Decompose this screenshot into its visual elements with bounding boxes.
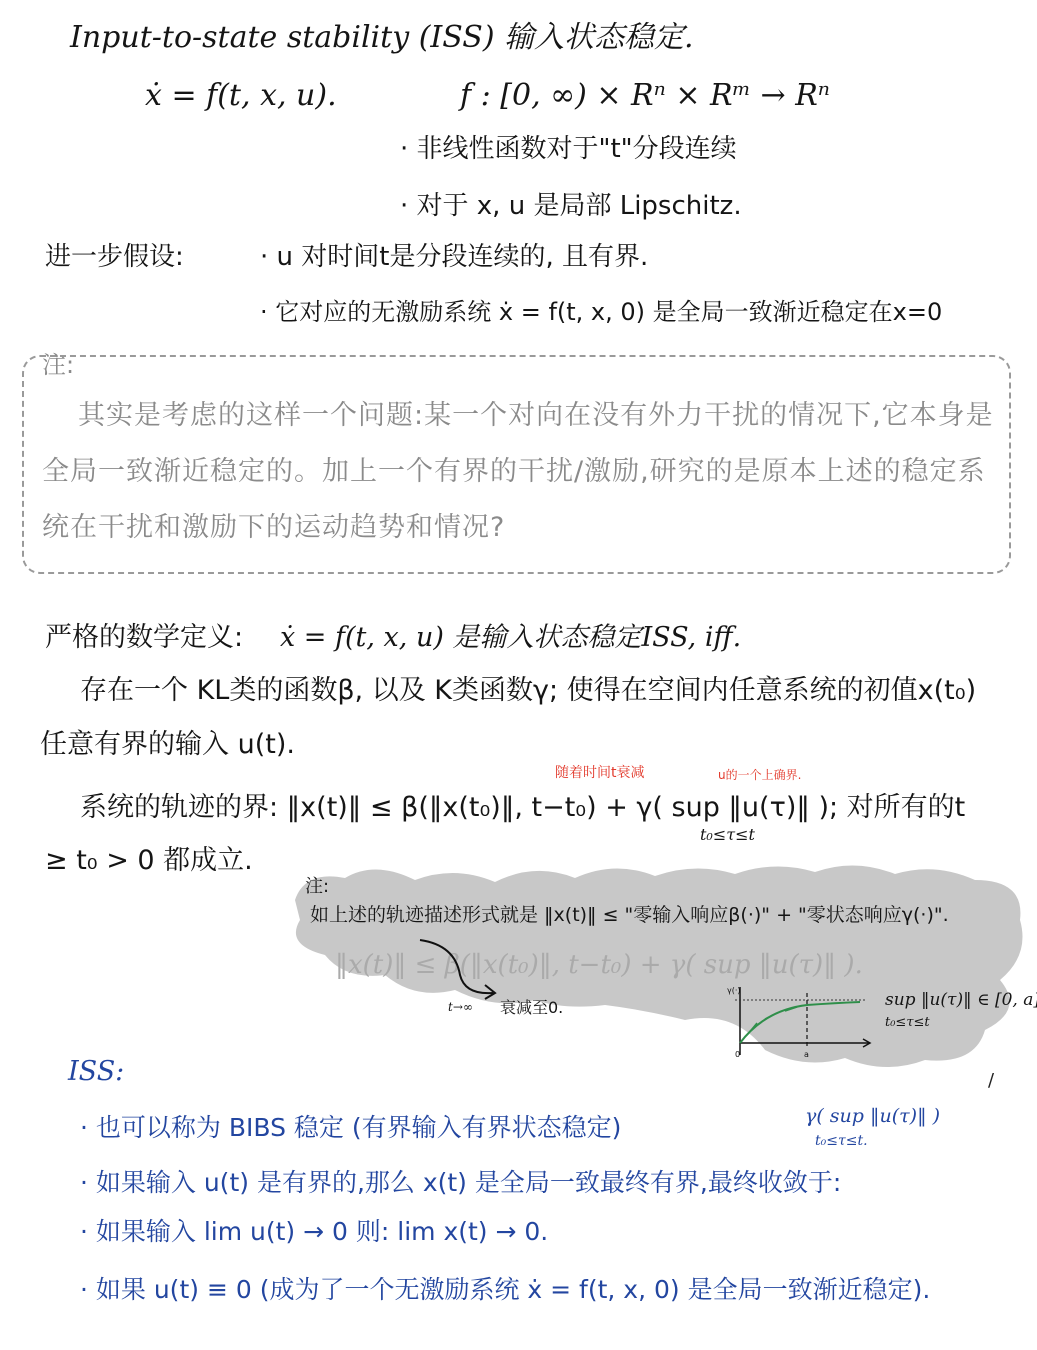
definition-line-1: 存在一个 KL类的函数β, 以及 K类函数γ; 使得在空间内任意系统的初值x(t… <box>80 668 976 707</box>
red-wavy-underline <box>570 820 638 824</box>
sup-range-label: sup ‖u(τ)‖ ∈ [0, a] <box>885 990 1037 1010</box>
svg-text:a: a <box>804 1050 809 1059</box>
iss-item-converging-input: · 如果输入 lim u(t) → 0 则: lim x(t) → 0. <box>80 1212 548 1248</box>
definition-line-2: 任意有界的输入 u(t). <box>40 722 295 761</box>
definition-equation: ẋ = f(t, x, u) 是输入状态稳定ISS, iff. <box>280 615 741 654</box>
decay-label: 衰减至0. <box>500 995 563 1018</box>
annotation-decay: 随着时间t衰减 <box>555 762 645 782</box>
page-title: Input-to-state stability (ISS) 输入状态稳定. <box>70 12 694 56</box>
definition-label: 严格的数学定义: <box>45 615 243 654</box>
cloud-note-text: 如上述的轨迹描述形式就是 ‖x(t)‖ ≤ "零输入响应β(·)" + "零状态… <box>310 900 949 927</box>
annotation-supremum: u的一个上确界. <box>718 766 801 783</box>
note-label: 注: <box>42 345 74 380</box>
iss-side-subscript: t₀≤τ≤t. <box>815 1133 868 1149</box>
sup-subscript: t₀≤τ≤t <box>700 825 755 844</box>
iss-side-formula: γ( sup ‖u(τ)‖ ) <box>805 1105 940 1127</box>
system-equation: ẋ = f(t, x, u). <box>145 78 337 113</box>
assumption-unforced-gas: · 它对应的无激励系统 ẋ = f(t, x, 0) 是全局一致渐近稳定在x=0 <box>260 292 942 327</box>
assumptions-label: 进一步假设: <box>45 236 184 273</box>
decay-condition: t→∞ <box>448 1000 473 1014</box>
note-text: 其实是考虑的这样一个问题:某一个对向在没有外力干扰的情况下,它本身是全局一致渐近… <box>42 388 1002 556</box>
property-piecewise-continuous: · 非线性函数对于"t"分段连续 <box>400 128 737 165</box>
stray-mark: / <box>988 1070 994 1091</box>
cloud-note-label: 注: <box>305 872 329 898</box>
function-mapping: f : [0, ∞) × Rⁿ × Rᵐ → Rⁿ <box>460 78 830 113</box>
trajectory-bound: 系统的轨迹的界: ‖x(t)‖ ≤ β(‖x(t₀)‖, t−t₀) + γ( … <box>80 785 965 824</box>
svg-text:0: 0 <box>735 1050 740 1059</box>
iss-summary-label: ISS: <box>68 1056 124 1087</box>
assumption-bounded-input: · u 对时间t是分段连续的, 且有界. <box>260 236 648 273</box>
iss-item-zero-input: · 如果 u(t) ≡ 0 (成为了一个无激励系统 ẋ = f(t, x, 0)… <box>80 1270 930 1306</box>
property-lipschitz: · 对于 x, u 是局部 Lipschitz. <box>400 185 742 222</box>
gamma-sketch-plot: γ(·) 0 a <box>725 985 875 1060</box>
iss-item-bibs: · 也可以称为 BIBS 稳定 (有界输入有界状态稳定) <box>80 1108 621 1144</box>
iss-item-ultimately-bounded: · 如果输入 u(t) 是有界的,那么 x(t) 是全局一致最终有界,最终收敛于… <box>80 1163 841 1199</box>
decay-arrow-icon <box>415 935 505 1005</box>
trajectory-bound-continued: ≥ t₀ > 0 都成立. <box>45 838 253 877</box>
sup-range-subscript: t₀≤τ≤t <box>885 1015 930 1030</box>
svg-text:γ(·): γ(·) <box>727 986 741 995</box>
